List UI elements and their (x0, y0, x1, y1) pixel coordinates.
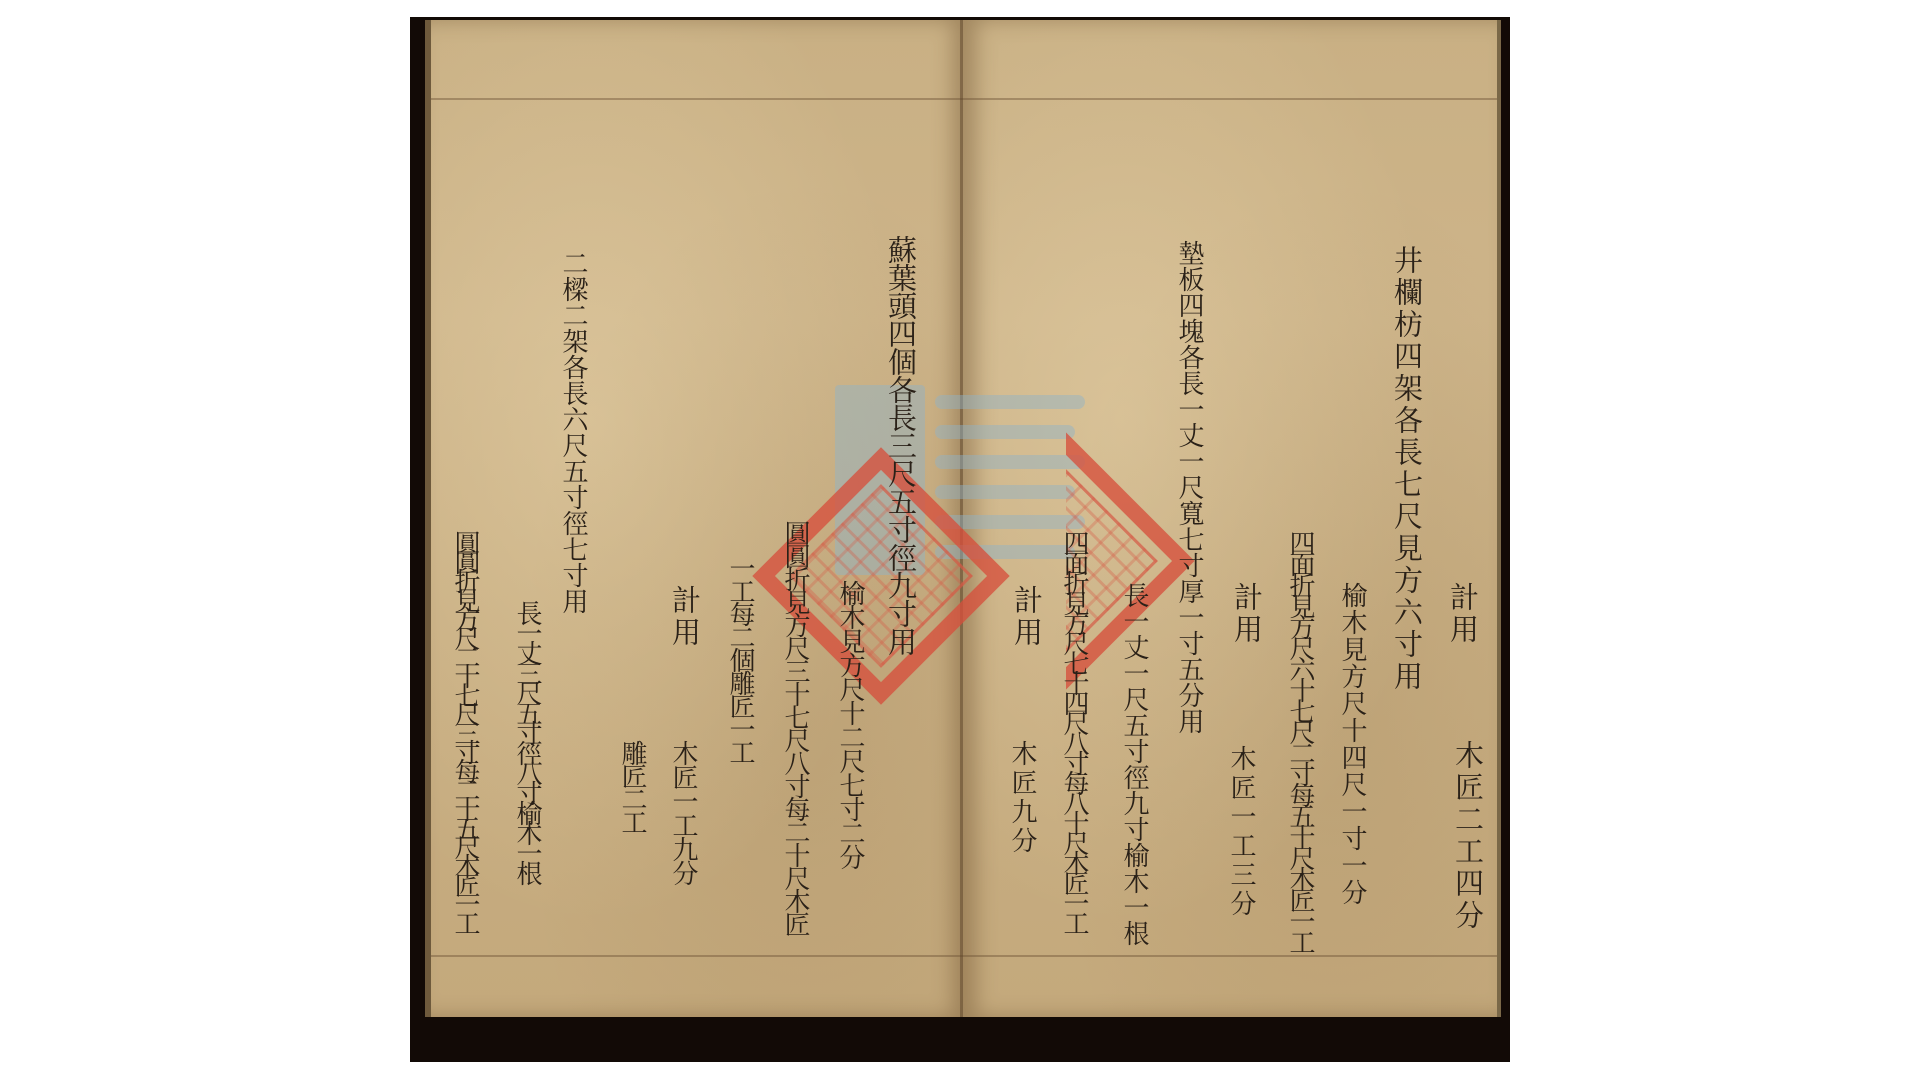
text-column: 雕匠二工 (619, 740, 645, 832)
text-column: 木匠九分 (1009, 740, 1035, 856)
text-column: 蘇葉頭四個各長三尺五寸徑九寸用 (886, 235, 915, 655)
text-column: 井欄枋四架各長七尺見方六寸用 (1392, 245, 1421, 693)
bottom-margin-fold (431, 955, 967, 957)
text-column: 長一丈三尺五寸徑八寸榆木一根 (514, 600, 540, 880)
text-column: 木匠一工九分 (670, 740, 696, 884)
text-column: 四面折見方尺七十四尺八寸每八十尺木匠一工 (1061, 530, 1087, 930)
seal-script-pattern (789, 484, 973, 668)
top-margin-fold (962, 98, 1497, 100)
text-column: 計用 (1012, 585, 1041, 649)
text-column: 計用 (1448, 582, 1477, 646)
text-column: 圓圓折見方尺二十七尺三寸每二十五尺木匠一工 (452, 530, 478, 929)
text-column: 木匠一工三分 (1228, 745, 1254, 919)
text-column: 一工每二個雕匠一工 (727, 555, 753, 762)
text-column: 榆木見方尺十二尺七寸二分 (837, 580, 863, 868)
text-column: 計用 (670, 585, 699, 649)
text-column: 墊板四塊各長一丈一尺寬七寸厚一寸五分用 (1176, 240, 1202, 734)
bottom-margin-fold (962, 955, 1497, 957)
top-margin-fold (431, 98, 967, 100)
text-column: 圓圓折見方尺三十七尺八寸每二十尺木匠 (782, 520, 808, 934)
text-column: 四面折見方尺六十七尺二寸每五十尺木匠一工 (1287, 530, 1313, 950)
text-column: 長一丈一尺五寸徑九寸榆木一根 (1121, 582, 1147, 946)
text-column: 木匠二工四分 (1453, 740, 1482, 932)
text-column: 計用 (1232, 582, 1261, 646)
text-column: 榆木見方尺十四尺一寸一分 (1339, 582, 1365, 906)
text-column: 二樑二架各長六尺五寸徑七寸用 (560, 250, 586, 614)
